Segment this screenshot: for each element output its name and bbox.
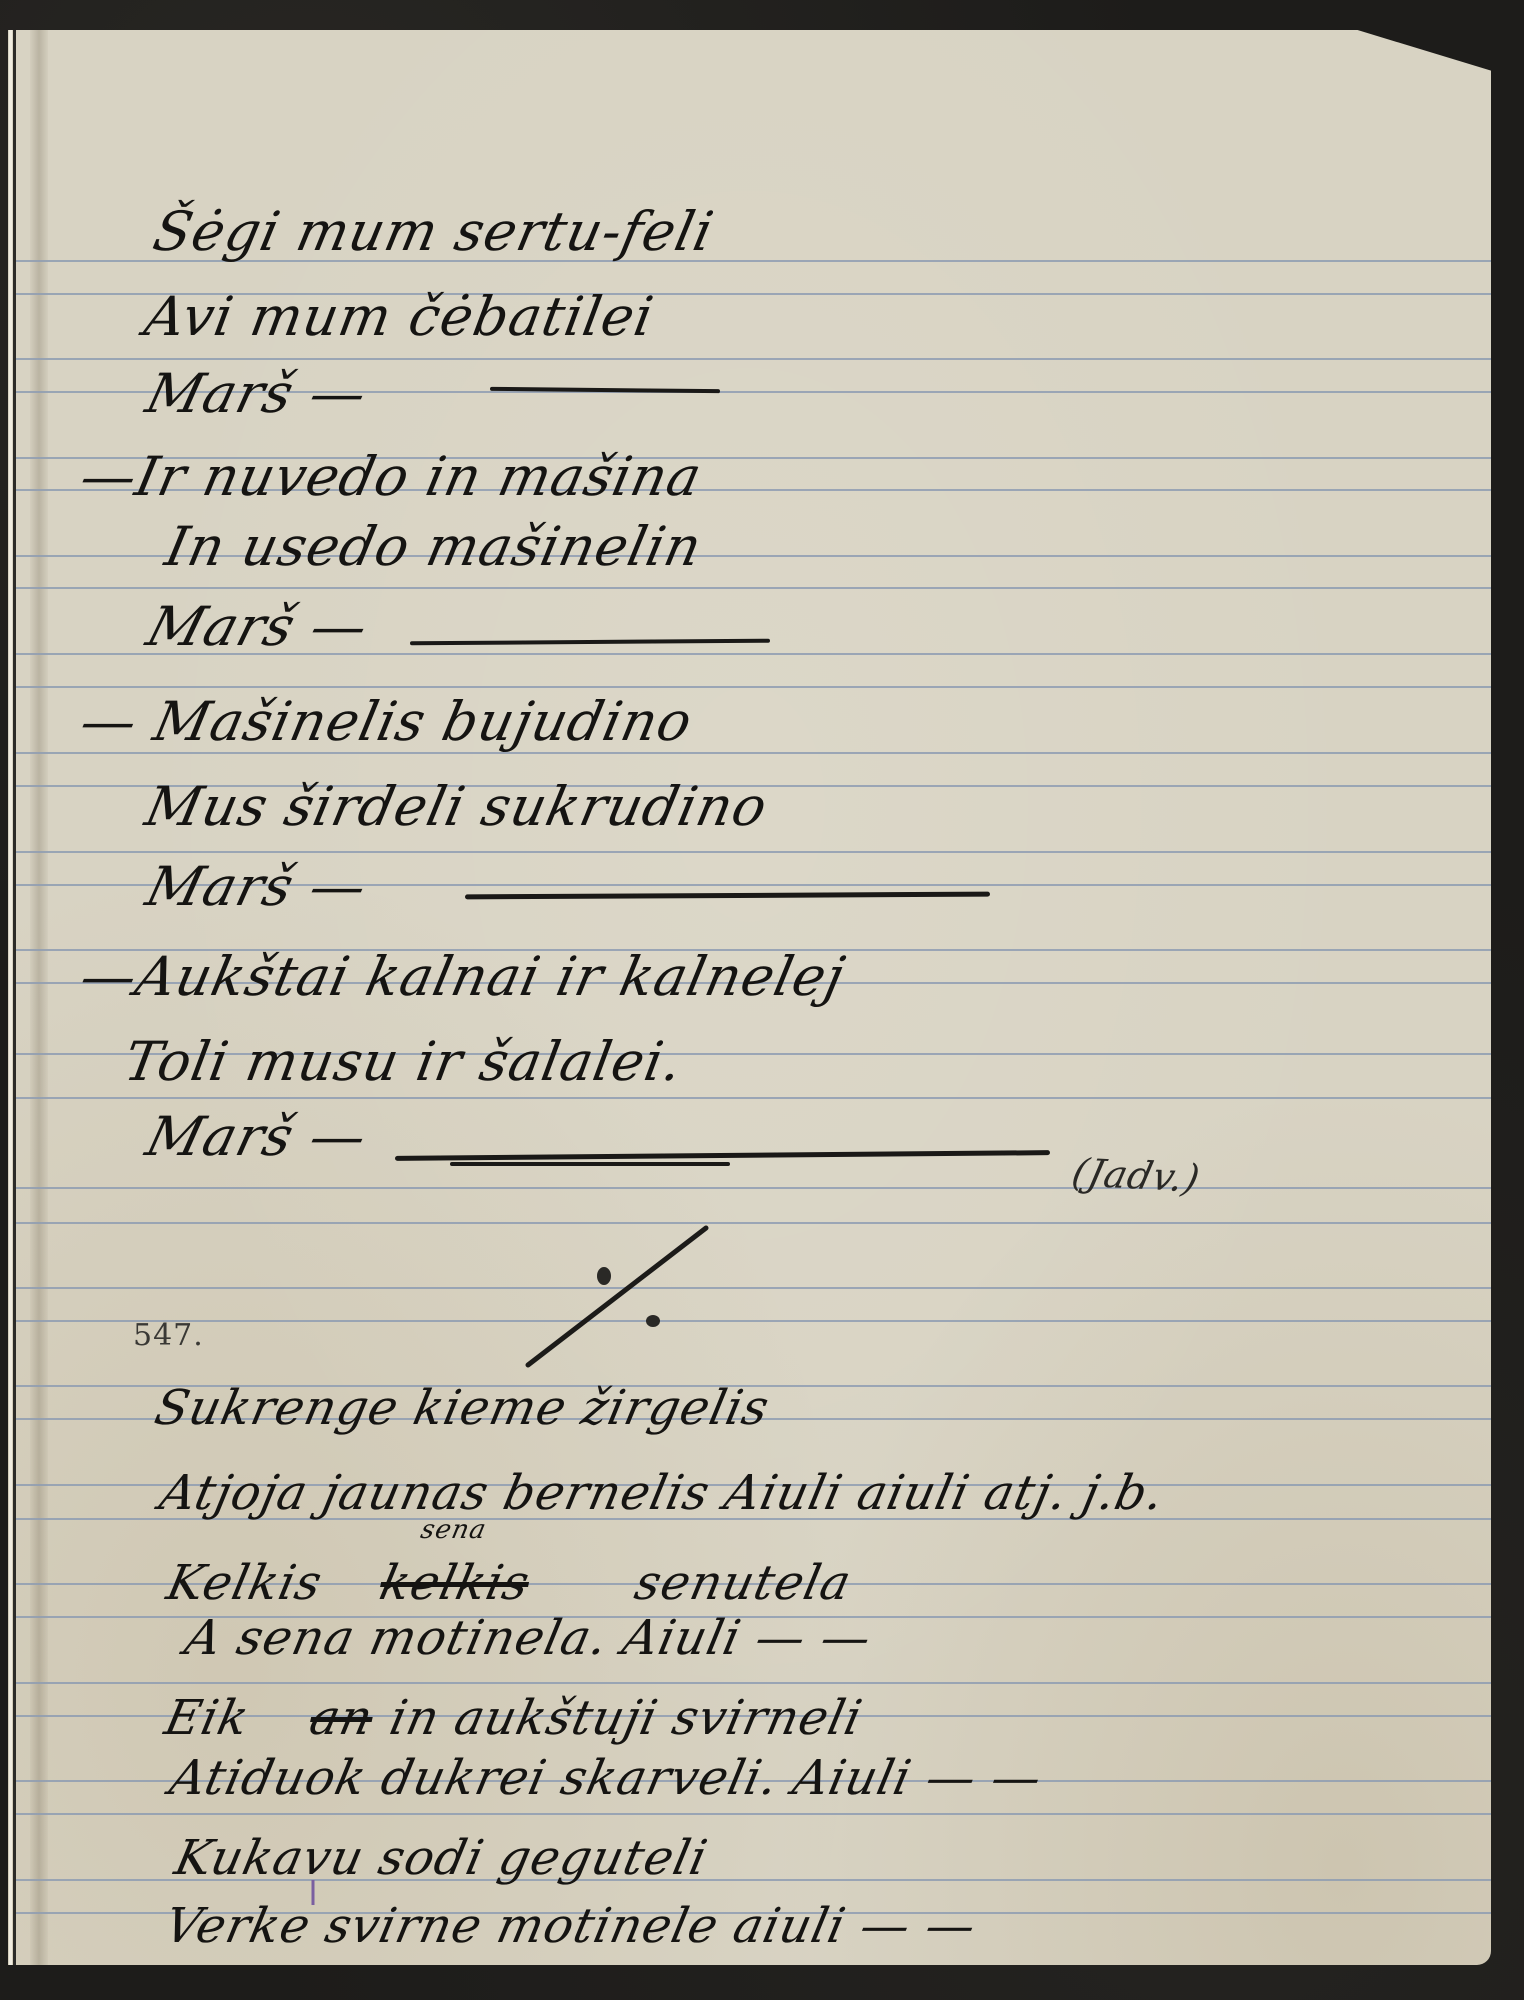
handwritten-line: in aukštuji svirneli — [385, 1690, 867, 1746]
handwritten-line: Kukavu sodi geguteli — [170, 1830, 713, 1886]
song-number: 547. — [133, 1318, 204, 1353]
handwritten-line: Kelkis — [162, 1555, 327, 1611]
struck-word: kelkis — [375, 1555, 535, 1611]
handwritten-line: Atjoja jaunas bernelis Aiuli aiuli atj. … — [155, 1465, 1170, 1521]
handwritten-line: Sukrenge kieme žirgelis — [150, 1380, 775, 1436]
struck-word: an — [305, 1690, 378, 1746]
handwritten-line: Atiduok dukrei skarveli. Aiuli — — — [165, 1750, 1047, 1806]
handwritten-line: senutela — [630, 1555, 856, 1611]
handwritten-line: A sena motinela. Aiuli — — — [180, 1610, 877, 1666]
handwritten-line: Verke svirne motinele aiuli — — — [160, 1898, 981, 1954]
superscript-correction: sena — [418, 1515, 489, 1545]
handwritten-line: Eik — [160, 1690, 254, 1746]
